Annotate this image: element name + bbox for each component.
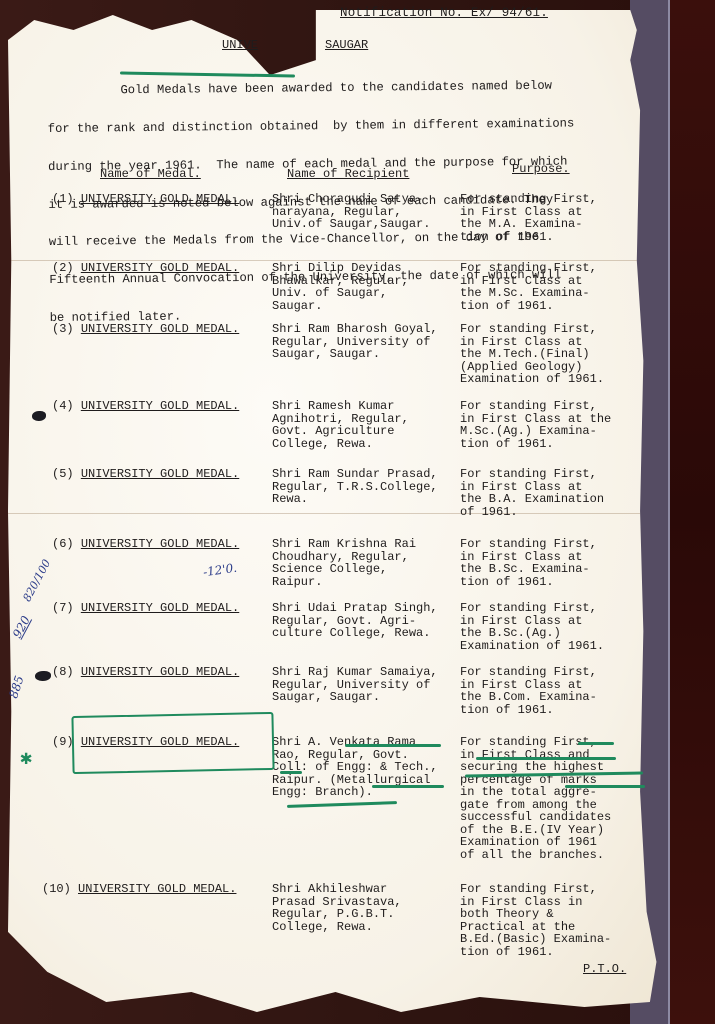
award-purpose: For standing First, in First Class at th… — [460, 666, 597, 716]
entry-number: (6) UNIVERSITY GOLD MEDAL. — [52, 538, 239, 551]
entry-number: (3) UNIVERSITY GOLD MEDAL. — [52, 323, 239, 336]
award-purpose: For standing First, in First Class at th… — [460, 193, 597, 243]
medal-name: UNIVERSITY GOLD MEDAL. — [81, 261, 239, 275]
recipient-name: Shri Akhileshwar Prasad Srivastava, Regu… — [272, 883, 402, 933]
intro-line: for the rank and distinction obtained by… — [48, 117, 628, 136]
green-marker-box — [71, 712, 274, 774]
entry-number: (10) UNIVERSITY GOLD MEDAL. — [42, 883, 236, 896]
page-turn-over: P.T.O. — [583, 962, 626, 976]
entry-number: (1) UNIVERSITY GOLD MEDAL. — [52, 193, 239, 206]
university-heading-right: SAUGAR — [325, 38, 368, 52]
intro-line: Gold Medals have been awarded to the can… — [47, 79, 627, 98]
medal-name: UNIVERSITY GOLD MEDAL. — [78, 882, 236, 896]
notification-number: Notification No. Ex/ 94/61. — [340, 6, 548, 20]
recipient-name: Shri Udai Pratap Singh, Regular, Govt. A… — [272, 602, 438, 640]
green-marker-underline — [287, 801, 397, 807]
column-header-purpose: Purpose. — [512, 162, 570, 176]
ink-blot — [32, 411, 46, 421]
green-marker-underline — [345, 744, 441, 747]
handwritten-margin-note: 920 — [10, 614, 33, 641]
entry-number: (7) UNIVERSITY GOLD MEDAL. — [52, 602, 239, 615]
medal-name: UNIVERSITY GOLD MEDAL. — [81, 665, 239, 679]
recipient-name: Shri Ram Sundar Prasad, Regular, T.R.S.C… — [272, 468, 438, 506]
entry-number: (4) UNIVERSITY GOLD MEDAL. — [52, 400, 239, 413]
award-purpose: For standing First, in First Class at th… — [460, 323, 604, 386]
column-header-medal: Name of Medal. — [100, 167, 201, 181]
award-purpose: For standing First, in First Class at th… — [460, 400, 611, 450]
recipient-name: Shri Dilip Devidas Bhawalkar, Regular, U… — [272, 262, 409, 312]
green-marker-underline — [372, 785, 444, 788]
medal-name: UNIVERSITY GOLD MEDAL. — [81, 537, 239, 551]
medal-name: UNIVERSITY GOLD MEDAL. — [81, 322, 239, 336]
recipient-name: Shri Ram Bharosh Goyal, Regular, Univers… — [272, 323, 438, 361]
recipient-name: Shri Ramesh Kumar Agnihotri, Regular, Go… — [272, 400, 409, 450]
award-purpose: For standing First, in First Class at th… — [460, 262, 597, 312]
award-purpose: For standing First, in First Class at th… — [460, 538, 597, 588]
notification-document: Notification No. Ex/ 94/61. UNIVE SAUGAR… — [0, 0, 715, 1024]
entry-number: (2) UNIVERSITY GOLD MEDAL. — [52, 262, 239, 275]
handwritten-margin-note: 885 — [6, 674, 26, 700]
recipient-name: Shri Raj Kumar Samaiya, Regular, Univers… — [272, 666, 438, 704]
medal-name: UNIVERSITY GOLD MEDAL. — [81, 601, 239, 615]
green-marker-underline — [476, 757, 616, 760]
green-marker-underline — [280, 771, 302, 774]
column-header-recipient: Name of Recipient — [287, 167, 409, 181]
medal-name: UNIVERSITY GOLD MEDAL. — [81, 192, 239, 206]
star-mark-icon: ✱ — [20, 745, 32, 771]
entry-number: (5) UNIVERSITY GOLD MEDAL. — [52, 468, 239, 481]
award-purpose: For standing First, in First Class at th… — [460, 602, 604, 652]
handwritten-note: -12'0. — [202, 561, 238, 580]
handwritten-margin-note: 820/100 — [20, 557, 53, 603]
medal-name: UNIVERSITY GOLD MEDAL. — [81, 399, 239, 413]
green-marker-underline — [565, 785, 645, 788]
entry-number: (8) UNIVERSITY GOLD MEDAL. — [52, 666, 239, 679]
award-purpose: For standing First, in First Class in bo… — [460, 883, 611, 958]
recipient-name: Shri Choragudi Satya- narayana, Regular,… — [272, 193, 430, 231]
award-purpose: For standing First, in First Class at th… — [460, 468, 604, 518]
award-purpose: For standing First, in First Class and s… — [460, 736, 611, 861]
green-marker-underline — [578, 742, 614, 745]
recipient-name: Shri Ram Krishna Rai Choudhary, Regular,… — [272, 538, 416, 588]
ink-blot — [35, 671, 51, 681]
medal-name: UNIVERSITY GOLD MEDAL. — [81, 467, 239, 481]
university-heading-left: UNIVE — [222, 38, 258, 52]
